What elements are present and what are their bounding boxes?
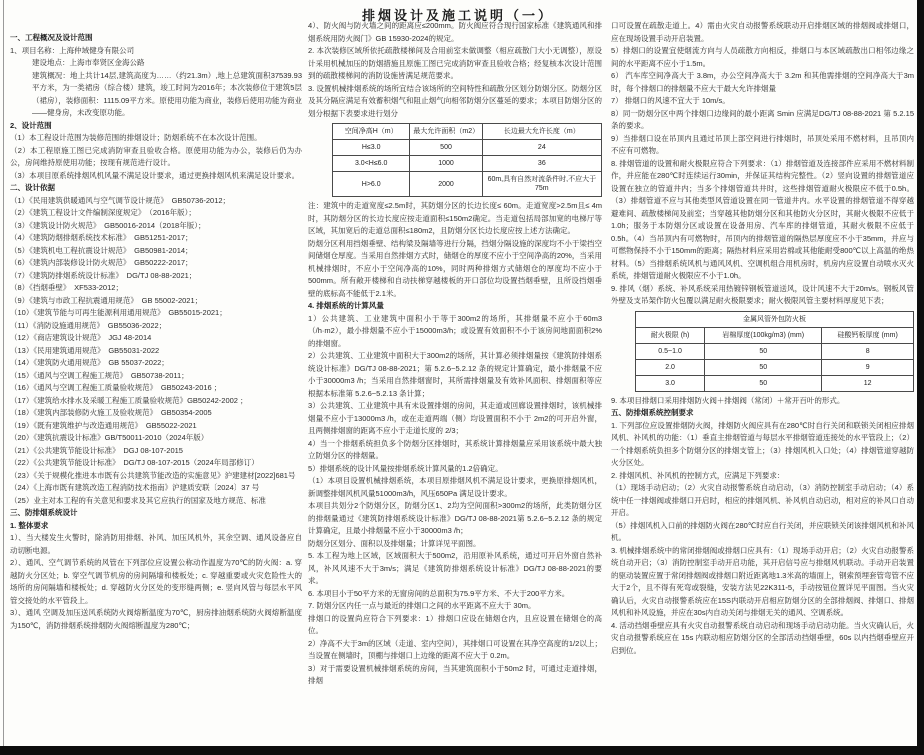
text-line: 2）、通风、空气调节系统的风管在下列部位应设置公称动作温度为70℃的防火阀：a.… bbox=[10, 557, 302, 607]
table-cell: 3.0<H≤6.0 bbox=[333, 156, 410, 172]
text-line: （6）《建筑内部装修设计防火规范》 GB50222-2017； bbox=[10, 257, 302, 270]
text-line: 2）净高不大于3m的区域（走道、室内空间），其排烟口可设置在其净空高度的1/2以… bbox=[308, 638, 602, 663]
text-line: （17）《建筑给水排水及采暖工程施工质量验收规范》GB50242-2002 ； bbox=[10, 395, 302, 408]
text-line: 2）公共建筑、工业建筑中面积大于300m2的场所，其计算必须排烟量按《建筑防排烟… bbox=[308, 350, 602, 400]
text-line: （3）本项目原系统排烟风机风量不满足设计要求，通过更换排烟风机来满足设计要求。 bbox=[10, 170, 302, 183]
text-line: （24）《上海市既有建筑改造工程消防技术指南》沪建质安联〔2024〕37 号 bbox=[10, 482, 302, 495]
drawing-sheet: 排烟设计及施工说明（一） 一、工程概况及设计范围1、项目名称：上海仲域健身有限公… bbox=[0, 0, 924, 755]
text-line: 建筑概况：地上共计14层,建筑高度为……（约21.3m）,地上总建筑面积3753… bbox=[10, 70, 302, 120]
text-line: （18）《建筑内部装修防火施工及验收规范》 GB50354-2005 bbox=[10, 407, 302, 420]
table-cell: H≤3.0 bbox=[333, 140, 410, 156]
section-heading: 三、防排烟系统设计 bbox=[10, 507, 302, 520]
table-cell: 2000 bbox=[410, 172, 482, 197]
text-line: 防烟分区利用挡烟垂壁、结构梁及隔墙等进行分隔，挡烟分隔设施的深度均不小于梁挡空间… bbox=[308, 238, 602, 301]
text-line: 1）、当大楼发生火警时，除消防用排烟、补风、加压风机外，其余空调、通风设备应自动… bbox=[10, 532, 302, 557]
text-line: （4）《建筑防烟排烟系统技术标准》 GB51251-2017； bbox=[10, 232, 302, 245]
table-cell: 50 bbox=[705, 343, 822, 359]
table-cell: 3.0 bbox=[636, 375, 705, 391]
text-line: 8. 排烟管道的设置和耐火极限应符合下列要求：（1）排烟管道及连接部件应采用不燃… bbox=[611, 158, 914, 283]
table-cell: 最大允许面积（m2） bbox=[410, 124, 482, 140]
text-line: （1）现场手动启动；（2）火灾自动报警系统自动启动，（3）消防控制室手动启动；（… bbox=[611, 482, 914, 520]
table-t1: 空间净高H（m）最大允许面积（m2）长边最大允许长度（m）H≤3.0500243… bbox=[332, 123, 602, 197]
text-line: 6） 汽车库空间净高大于 3.8m，办公空间净高大于 3.2m 和其他需排烟的空… bbox=[611, 70, 914, 95]
text-line: 3. 设置机械排烟系统的场所宜结合该场所的空间特性和疏散分区划分防烟分区。防烟分… bbox=[308, 83, 602, 121]
text-line: （7）《建筑防排烟系统设计标准》 DG/TJ 08-88-2021； bbox=[10, 270, 302, 283]
text-line: （15）《通风与空调工程施工规范》 GB50738-2011； bbox=[10, 370, 302, 383]
text-line: （12）《商店建筑设计规范》 JGJ 48-2014 bbox=[10, 332, 302, 345]
text-line: 9. 本项目排烟口采用排烟防火阀＋排烟阀（常闭）＋常开百叶的形式。 bbox=[611, 395, 914, 408]
table-cell: 500 bbox=[410, 140, 482, 156]
text-line: 排烟口的设置尚应符合下列要求：1）排烟口应设在储烟仓内，且应设置在储烟仓的高位。 bbox=[308, 613, 602, 638]
section-heading: 1. 整体要求 bbox=[10, 520, 302, 533]
text-line: 防烟分区划分、面积以及排烟量；计算详见平面图。 bbox=[308, 538, 602, 551]
text-line: （3）《建筑设计防火规范》 GB50016-2014（2018年版）； bbox=[10, 220, 302, 233]
text-line: （2）《建筑工程设计文件编制深度规定》 （2016年版）； bbox=[10, 207, 302, 220]
table-cell: 50 bbox=[705, 359, 822, 375]
text-line: 5）排烟口的设置宜使烟流方向与人员疏散方向相反，排烟口与本区域疏散出口相邻边缘之… bbox=[611, 45, 914, 70]
table-t2: 金属风管外包防火板耐火极限 (h)岩棉厚度(100kg/m3) (mm)硅酸钙板… bbox=[635, 311, 914, 392]
text-line: 2. 本次装修区域所依托疏散楼梯间及合用前室未做调整（相应疏散门大小无调整），原… bbox=[308, 45, 602, 83]
text-line: （11）《消防设施通用规范》 GB55036-2022； bbox=[10, 320, 302, 333]
text-line: （20）《建筑抗震设计标准》GB/T50011-2010（2024年版） bbox=[10, 432, 302, 445]
text-line: 4）当一个排烟系统担负多个防烟分区排烟时，其系统计算排烟量应采用该系统中最大独立… bbox=[308, 438, 602, 463]
text-line: 1、项目名称：上海仲域健身有限公司 bbox=[10, 45, 302, 58]
table-cell: 长边最大允许长度（m） bbox=[482, 124, 601, 140]
text-line: 2. 排烟风机、补风机的控制方式，应满足下列要求： bbox=[611, 470, 914, 483]
text-line: （8）《挡烟垂壁》 XF533-2012； bbox=[10, 282, 302, 295]
table-cell: 2.0 bbox=[636, 359, 705, 375]
text-line: （1）《民用建筑供暖通风与空气调节设计规范》 GB50736-2012； bbox=[10, 195, 302, 208]
text-line: 7. 防烟分区内任一点与最近的排烟口之间的水平距离不应大于 30m。 bbox=[308, 600, 602, 613]
column-right: 口可设置在疏散走道上。4）需由火灾自动报警系统联动开启排烟区域的排烟阀或排烟口，… bbox=[611, 20, 914, 747]
table-cell: 50 bbox=[705, 375, 822, 391]
text-line: （10）《建筑节能与可再生能源利用通用规范》 GB55015-2021； bbox=[10, 307, 302, 320]
sheet-edge-right-bar bbox=[917, 0, 924, 755]
table-cell: 60m,具有自然对流条件时,不应大于75m bbox=[482, 172, 601, 197]
text-line: 9. 排风（烟）系统、补风系统采用热镀锌钢板管道送风，设计风速不大于20m/s。… bbox=[611, 283, 914, 308]
table-cell: 12 bbox=[822, 375, 914, 391]
text-line: 4）、防火阀与防火墙之间的距离应≤200mm。防火阀应符合现行国家标准《建筑通风… bbox=[308, 20, 602, 45]
table-cell: 1000 bbox=[410, 156, 482, 172]
table-cell: 36 bbox=[482, 156, 601, 172]
text-line: 1）公共建筑、工业建筑中面积小于等于300m2的场所，其排烟量不应小于60m3（… bbox=[308, 313, 602, 351]
text-line: 5）排烟系统的设计风量按排烟系统计算风量的1.2倍确定。 bbox=[308, 463, 602, 476]
section-heading: 五、防排烟系统控制要求 bbox=[611, 407, 914, 420]
table-cell: 空间净高H（m） bbox=[333, 124, 410, 140]
text-line: 注：建筑中的走道宽度≤2.5m时，其防烟分区的长边长度≤ 60m。走道宽度>2.… bbox=[308, 200, 602, 238]
text-line: 6. 本项目小于50平方米的无窗房间的总面积为75.9平方米、不大于200平方米… bbox=[308, 588, 602, 601]
column-middle: 4）、防火阀与防火墙之间的距离应≤200mm。防火阀应符合现行国家标准《建筑通风… bbox=[308, 20, 602, 746]
text-line: 3. 机械排烟系统中的常闭排烟阀或排烟口应具有：（1）现场手动开启；（2）火灾自… bbox=[611, 545, 914, 620]
text-line: （13）《民用建筑通用规范》 GB55031-2022 bbox=[10, 345, 302, 358]
text-line: 1. 下列部位应设置排烟防火阀，排烟防火阀应具有在280℃时自行关闭和联锁关闭相… bbox=[611, 420, 914, 470]
text-line: （23）《关于规模化推进本市既有公共建筑节能改造的实施意见》沪建建材[2022]… bbox=[10, 470, 302, 483]
table-cell: H>6.0 bbox=[333, 172, 410, 197]
text-line: （1）本项目设置机械排烟系统，本项目原排烟风机不满足设计要求，更换原排烟风机，新… bbox=[308, 475, 602, 500]
text-line: 3）对于需要设置机械排烟系统的房间，当其建筑面积小于50m2 时，可通过走道排烟… bbox=[308, 663, 602, 688]
text-line: （2）本工程原施工图已完成消防审查且验收合格。原使用功能为办公，装修后仍为办公，… bbox=[10, 145, 302, 170]
section-heading: 4. 排烟系统的计算风量 bbox=[308, 300, 602, 313]
section-heading: 二、设计依据 bbox=[10, 182, 302, 195]
table-cell: 9 bbox=[822, 359, 914, 375]
table-cell: 硅酸钙板厚度 (mm) bbox=[822, 327, 914, 343]
section-heading: 一、工程概况及设计范围 bbox=[10, 32, 302, 45]
text-line: （22）《公共建筑节能设计标准》 DG/TJ 08-107-2015（2024年… bbox=[10, 457, 302, 470]
text-line: 口可设置在疏散走道上。4）需由火灾自动报警系统联动开启排烟区域的排烟阀或排烟口，… bbox=[611, 20, 914, 45]
text-line: 5. 本工程为地上区域，区域面积大于500m2，沿用原补风系统，通过可开启外窗自… bbox=[308, 550, 602, 588]
text-line: （16）《通风与空调工程施工质量验收规范》 GB50243-2016 ； bbox=[10, 382, 302, 395]
text-line: 8）同一防烟分区中两个排烟口边缘间的最小距离 Smin 应满足DG/TJ 08-… bbox=[611, 108, 914, 133]
text-line: （25）业主对本工程的有关意见和要求及其它应执行的国家及地方规范、标准 bbox=[10, 495, 302, 508]
text-line: （9）《建筑与市政工程抗震通用规范》 GB 55002-2021； bbox=[10, 295, 302, 308]
table-cell: 耐火极限 (h) bbox=[636, 327, 705, 343]
text-line: （14）《建筑防火通用规范》 GB 55037-2022； bbox=[10, 357, 302, 370]
table-cell: 岩棉厚度(100kg/m3) (mm) bbox=[705, 327, 822, 343]
text-line: 本项目共划分2个防烟分区，防烟分区1、2均为空间面积>300m2的场所，此类防烟… bbox=[308, 500, 602, 538]
sheet-frame-left-line bbox=[3, 0, 4, 747]
column-left: 一、工程概况及设计范围1、项目名称：上海仲域健身有限公司建设地点：上海市奉贤区金… bbox=[10, 32, 302, 744]
text-line: （1）本工程设计范围为装修范围的排烟设计；防烟系统不在本次设计范围。 bbox=[10, 132, 302, 145]
text-line: 3）、通风 空调及加压送风系统防火阀熔断温度为70℃，厨房排油烟系统防火阀熔断温… bbox=[10, 607, 302, 632]
text-line: 3）公共建筑、工业建筑中具有未设置排烟的房间，其走道或回廊设置排烟时，该机械排烟… bbox=[308, 400, 602, 438]
text-line: （21）《公共建筑节能设计标准》 DGJ 08-107-2015 bbox=[10, 445, 302, 458]
table-cell: 8 bbox=[822, 343, 914, 359]
table-cell: 0.5~1.0 bbox=[636, 343, 705, 359]
text-line: （5）《建筑机电工程抗震设计规范》 GB50981-2014； bbox=[10, 245, 302, 258]
text-line: 4. 活动挡烟垂壁应具有火灾自动报警系统自动启动和现场手动启动功能。当火灾确认后… bbox=[611, 620, 914, 658]
section-heading: 2、设计范围 bbox=[10, 120, 302, 133]
sheet-edge-bottom-bar bbox=[0, 746, 924, 755]
text-line: （19）《既有建筑维护与改造通用规范》 GB55022-2021 bbox=[10, 420, 302, 433]
table-cell: 金属风管外包防火板 bbox=[636, 311, 914, 327]
text-line: 建设地点：上海市奉贤区金海公路 bbox=[10, 57, 302, 70]
text-line: 9）当排烟口设在吊顶内且通过吊顶上部空间进行排烟时，吊顶处采用不燃材料，且吊顶内… bbox=[611, 133, 914, 158]
table-cell: 24 bbox=[482, 140, 601, 156]
text-line: 7） 排烟口的风速不宜大于 10m/s。 bbox=[611, 95, 914, 108]
text-line: （5）排烟风机入口前的排烟防火阀在280℃时应自行关闭，并应联锁关闭该排烟风机和… bbox=[611, 520, 914, 545]
